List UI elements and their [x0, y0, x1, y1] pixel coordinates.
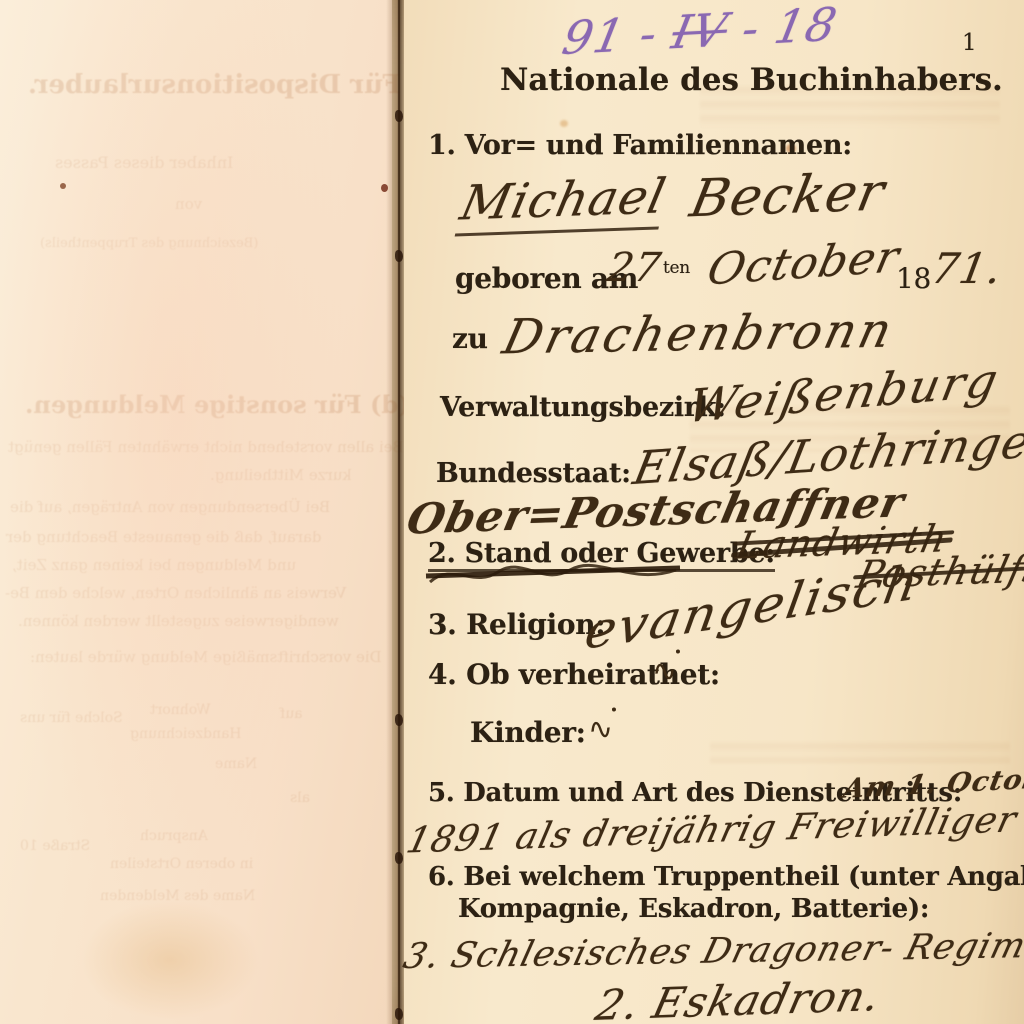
bleed-line: Inhaber dieses Passes [55, 153, 233, 172]
handwritten-last-name: Becker [685, 163, 889, 230]
field-label-unit-1: 6. Bei welchem Truppentheil (unter Angab… [428, 862, 1024, 892]
bleed-line: darauf, daß die genaueste Beachtung der [6, 528, 322, 546]
bleed-fragment: Wohnort [150, 702, 211, 718]
bleed-line: Die vorschriftsmäßige Meldung würde laut… [30, 648, 382, 666]
handwritten-birth-year: 71. [928, 244, 1006, 293]
field-label-name: 1. Vor= und Familiennamen: [428, 130, 852, 161]
bleed-smudge [710, 740, 1010, 764]
illegible-crossed-word [424, 556, 684, 594]
none-dash-mark: ∿ [586, 711, 615, 748]
bleed-line: (Bezeichnung des Truppentheils) [40, 236, 258, 251]
handwritten-squadron: 2. Eskadron. [591, 971, 886, 1024]
bleed-line: Verweis an ähnlichen Orten, welche dem B… [5, 584, 346, 602]
stitch-mark [395, 250, 403, 262]
bleed-fragment: in oberen Ortsteilen [110, 856, 253, 872]
bleed-line: Bei Übersendungen von Anträgen, auf die [10, 498, 330, 516]
bleed-line: kurze Mittheilung. [210, 466, 352, 484]
bleed-line: und Meldungen bei keinen ganz Zeit, [12, 556, 296, 574]
page-title: Nationale des Buchinhabers. [500, 62, 930, 98]
field-label-unit-2: Kompagnie, Eskadron, Batterie): [458, 894, 929, 924]
handwritten-birth-day: 27 [604, 245, 665, 291]
bleed-line: Bei allen vorstehend nicht erwähnten Fäl… [8, 438, 404, 456]
field-label-state: Bundesstaat: [436, 458, 631, 489]
bleed-line: von [175, 195, 202, 213]
handwritten-first-name: Michael [455, 168, 671, 236]
bleed-line: wendigerweise zugestellt werden können. [18, 612, 339, 630]
field-label-ordinal: ten [663, 258, 690, 278]
bleed-fragment: als [290, 790, 310, 806]
annotation-part3: - 18 [738, 0, 842, 56]
ink-fleck [381, 184, 388, 192]
field-label-religion: 3. Religion: [428, 608, 605, 641]
field-label-place: zu [452, 322, 488, 355]
bleed-fragment: Handzeichnung [130, 726, 242, 742]
bleed-heading-d: (d) Für sonstige Meldungen. [25, 390, 410, 419]
left-page: (c) Für Dispositionsurlauber. Inhaber di… [0, 0, 392, 1024]
bleed-fragment: Straße 10 [20, 838, 90, 854]
bleed-fragment: auf [280, 706, 303, 722]
annotation-part1: 91 - [558, 6, 662, 65]
bleed-fragment: Anspruch [140, 828, 208, 844]
stitch-mark [395, 852, 403, 864]
stitch-mark [395, 110, 403, 122]
handwritten-birthplace: Drachenbronn [498, 303, 900, 366]
printed-century: 18 [896, 262, 931, 295]
annotation-part2: IV [668, 3, 733, 60]
binding-thread [398, 0, 400, 1024]
scanned-militarpass-page: (c) Für Dispositionsurlauber. Inhaber di… [0, 0, 1024, 1024]
bleed-fragment: Solche für uns [20, 710, 123, 726]
field-label-children: Kinder: [470, 716, 586, 749]
field-label-district: Verwaltungsbezirk: [440, 392, 726, 423]
paper-stain [80, 900, 260, 1020]
stitch-mark [395, 1008, 403, 1020]
none-dash-mark: ∿ [650, 653, 679, 690]
paper-stain [60, 183, 66, 189]
bleed-fragment: Name [215, 756, 257, 772]
paper-stain [560, 120, 568, 127]
stitch-mark [395, 714, 403, 726]
page-number: 1 [962, 30, 976, 56]
